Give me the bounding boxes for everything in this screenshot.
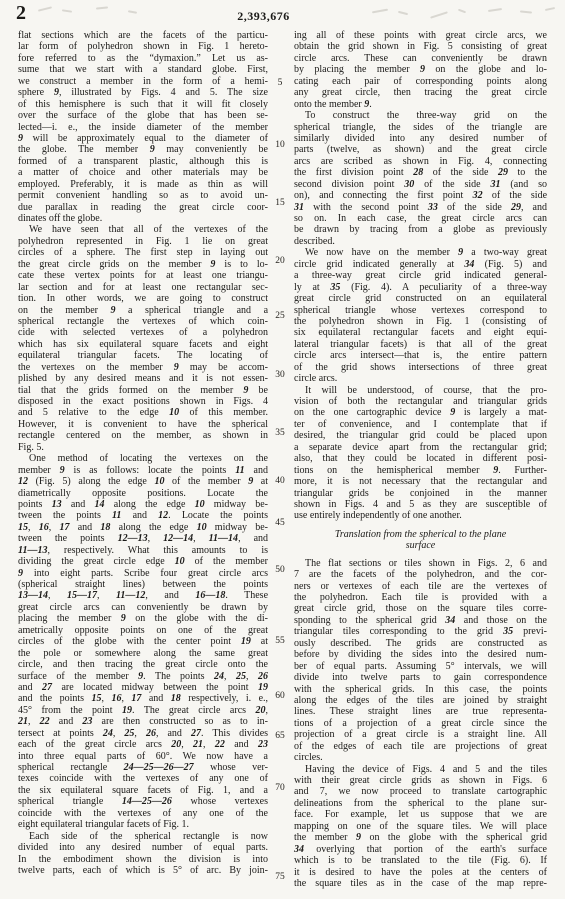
- text-line: permit convenient handling so as to avoi…: [18, 190, 268, 201]
- text-line: tions on the hemispherical member 9. Fur…: [294, 465, 547, 476]
- text-line: (spherical straight lines) between the p…: [18, 579, 268, 590]
- text-line: employed. Preferably, it is made as thin…: [18, 179, 268, 190]
- text-line: a matter of choice and other materials m…: [18, 167, 268, 178]
- text-line: 7 are the facets of the polyhedron, and …: [294, 569, 547, 580]
- line-number: 60: [266, 691, 294, 702]
- text-line: great circle arcs can conveniently be dr…: [18, 602, 268, 613]
- text-line: on the one cartographic device 9 is larg…: [294, 407, 547, 418]
- text-line: projection of a great circle is a straig…: [294, 729, 547, 740]
- text-line: face. For example, let us suppose that w…: [294, 809, 547, 820]
- text-line: 31 with the second point 33 of the side …: [294, 202, 547, 213]
- text-line: the vertexes on the member 9 may be acco…: [18, 362, 268, 373]
- text-line: tween the points 11 and 12. Locate the p…: [18, 510, 268, 521]
- line-number: 35: [266, 428, 294, 439]
- pencil-mark: [545, 7, 555, 11]
- text-line: lines. These straight lines are true rep…: [294, 706, 547, 717]
- text-line: the pole or somewhere along the same gre…: [18, 648, 268, 659]
- text-line: polyhedron represented in Fig. 1 lie on …: [18, 236, 268, 247]
- text-line: also, that they could be located in diff…: [294, 453, 547, 464]
- text-line: cating each pair of corresponding points…: [294, 76, 547, 87]
- text-line: great circle grid constructed on an equi…: [294, 293, 547, 304]
- pencil-mark: [96, 6, 108, 9]
- text-line: over the surface of the globe that has b…: [18, 110, 268, 121]
- text-line: with their great circle grids as shown i…: [294, 775, 547, 786]
- text-line: ners or vertexes of each tile are the ve…: [294, 581, 547, 592]
- line-number: 55: [266, 636, 294, 647]
- text-line: cate these vertex points for at least on…: [18, 270, 268, 281]
- text-line: shown in Figs. 4 and 5 as they are susce…: [294, 499, 547, 510]
- text-line: which has six equilateral square facets …: [18, 339, 268, 350]
- text-line: lateral triangular facets) is that all o…: [294, 339, 547, 350]
- text-line: so on. In each case, the great circle ar…: [294, 213, 547, 224]
- text-line: circles of a sphere. The first step in l…: [18, 247, 268, 258]
- text-line: mapping on one of the square tiles. We w…: [294, 821, 547, 832]
- text-line: use entirely independently of one anothe…: [294, 510, 547, 521]
- pencil-mark: [520, 10, 532, 13]
- text-line: circle arcs intersect—that is, the entir…: [294, 350, 547, 361]
- text-line: lar form of polyhedron shown in Fig. 1 h…: [18, 41, 268, 52]
- text-line: onto the member 9.: [294, 99, 547, 110]
- line-number: 10: [266, 140, 294, 151]
- text-line: spherical rectangle the vertexes of whic…: [18, 316, 268, 327]
- text-line: spherical triangle 14—25—26 whose vertex…: [18, 796, 268, 807]
- left-column: flat sections which are the facets of th…: [18, 30, 268, 876]
- text-line: we construct a member in the form of a h…: [18, 76, 268, 87]
- text-line: circles.: [294, 752, 547, 763]
- text-line: However, it is convenient to have the sp…: [18, 419, 268, 430]
- text-line: texes coincide with the vertexes of any …: [18, 773, 268, 784]
- text-line: lar section and for at least one rectang…: [18, 282, 268, 293]
- text-line: sphere 9, illustrated by Figs. 4 and 5. …: [18, 87, 268, 98]
- text-line: parts (twelve, as shown) and the great c…: [294, 144, 547, 155]
- text-line: dinates off the globe.: [18, 213, 268, 224]
- text-line: 12 (Fig. 5) along the edge 10 of the mem…: [18, 476, 268, 487]
- line-number: 70: [266, 783, 294, 794]
- pencil-mark: [430, 11, 448, 18]
- text-line: and 7, we now proceed to translate carto…: [294, 786, 547, 797]
- text-line: and 5 relative to the edge 10 of this me…: [18, 407, 268, 418]
- pencil-mark: [458, 9, 466, 14]
- text-line: the polyhedron. Each tile is provided wi…: [294, 592, 547, 603]
- text-line: To construct the three-way grid on the: [294, 110, 547, 121]
- text-line: tween the points 12—13, 12—14, 11—14, an…: [18, 533, 268, 544]
- text-line: placing the member 9 on the globe with t…: [18, 613, 268, 624]
- text-line: of this hemisphere is such that it will …: [18, 99, 268, 110]
- text-line: triangular grids be conjoined in the man…: [294, 488, 547, 499]
- text-line: 45° from the point 19. The great circle …: [18, 705, 268, 716]
- text-line: 34 overlying that portion of the earth's…: [294, 844, 547, 855]
- line-number: 40: [266, 476, 294, 487]
- text-line: great circle grid, those on the square t…: [294, 603, 547, 614]
- text-line: rectangle centered on the member, as sho…: [18, 430, 268, 441]
- text-line: a separate device apart from the rectang…: [294, 442, 547, 453]
- pencil-mark: [62, 9, 72, 12]
- line-number: 30: [266, 370, 294, 381]
- patent-page: 2 2,393,676 flat sections which are the …: [0, 0, 565, 899]
- section-heading: Translation from the spherical to the pl…: [294, 529, 547, 552]
- line-number: 75: [266, 872, 294, 883]
- text-line: In the embodiment shown the division is …: [18, 854, 268, 865]
- text-line: arcs are scribed as shown in Fig. 4, con…: [294, 156, 547, 167]
- text-line: the six equilateral square facets of Fig…: [18, 785, 268, 796]
- page-number: 2: [16, 2, 26, 25]
- text-line: obtain the grid shown in Fig. 5 consisti…: [294, 41, 547, 52]
- line-number: 50: [266, 565, 294, 576]
- text-line: cide with selected vertexes of a polyhed…: [18, 327, 268, 338]
- text-line: member 9 is as follows: locate the point…: [18, 465, 268, 476]
- text-line: and 27 are located midway between the po…: [18, 682, 268, 693]
- text-line: desired, the triangular grid could be pl…: [294, 430, 547, 441]
- line-number: 45: [266, 518, 294, 529]
- text-line: and the points 15, 16, 17 and 18 respect…: [18, 693, 268, 704]
- text-line: spherical triangle whose vertexes corres…: [294, 305, 547, 316]
- right-column: ing all of these points with great circl…: [294, 30, 547, 889]
- text-line: surface of the member 9. The points 24, …: [18, 671, 268, 682]
- text-line: We have seen that all of the vertexes of…: [18, 224, 268, 235]
- text-line: the polyhedron shown in Fig. 1 (consisti…: [294, 316, 547, 327]
- line-number: 65: [266, 731, 294, 742]
- line-number: 5: [266, 78, 294, 89]
- text-line: Each side of the spherical rectangle is …: [18, 831, 268, 842]
- text-line: tial that the grids formed on the member…: [18, 385, 268, 396]
- text-line: of the grid shows intersections of three…: [294, 362, 547, 373]
- text-line: a three-way great circle grid indicated …: [294, 270, 547, 281]
- text-line: twelve parts, each of which is 5° of arc…: [18, 865, 268, 876]
- text-line: due parallax in reading the great circle…: [18, 202, 268, 213]
- text-line: circle arcs. These can conveniently be d…: [294, 53, 547, 64]
- text-line: ly at 35 (Fig. 4). A peculiarity of a th…: [294, 282, 547, 293]
- text-line: vision of both the rectangular and trian…: [294, 396, 547, 407]
- text-line: each of the great circle arcs 20, 21, 22…: [18, 739, 268, 750]
- text-line: similarly divided into any desired numbe…: [294, 133, 547, 144]
- text-line: it is desired to have the poles at the c…: [294, 867, 547, 878]
- text-line: fore referred to as the “dymaxion.” Let …: [18, 53, 268, 64]
- text-line: spherical triangle, the sides of the tri…: [294, 122, 547, 133]
- text-line: tion. In other words, we are going to co…: [18, 293, 268, 304]
- text-line: along the edges of the tiles are joined …: [294, 695, 547, 706]
- text-line: triangular tiles corresponding to the gr…: [294, 626, 547, 637]
- section-heading-line: Translation from the spherical to the pl…: [294, 529, 547, 540]
- text-line: divide into twelve parts to gain corresp…: [294, 672, 547, 683]
- text-line: 9 into eight parts. Scribe four great ci…: [18, 568, 268, 579]
- text-line: divided into any desired number of equal…: [18, 842, 268, 853]
- text-line: 13—14, 15—17, 11—12, and 16—18. These: [18, 590, 268, 601]
- text-line: ously described. The grids are construct…: [294, 638, 547, 649]
- text-line: more, it is not necessary that the recta…: [294, 476, 547, 487]
- text-line: diametrically opposite positions. Locate…: [18, 488, 268, 499]
- text-line: Having the device of Figs. 4 and 5 and t…: [294, 764, 547, 775]
- text-line: plished by any desired means and it is n…: [18, 373, 268, 384]
- line-numbers-gutter: 51015202530354045505560657075: [266, 0, 294, 899]
- text-line: ametrically opposite points on one of th…: [18, 625, 268, 636]
- text-line: of the edges of each tile are projection…: [294, 741, 547, 752]
- text-line: It will be understood, of course, that t…: [294, 385, 547, 396]
- text-line: the globe. The member 9 may conveniently…: [18, 144, 268, 155]
- text-line: 9 will be approximately equal to the dia…: [18, 133, 268, 144]
- text-line: the square tiles as in the case of the m…: [294, 878, 547, 889]
- line-number: 15: [266, 198, 294, 209]
- text-line: equilateral triangular facets. The locat…: [18, 350, 268, 361]
- text-line: circle grid indicated generally at 34 (F…: [294, 259, 547, 270]
- text-line: on the member 9 a spherical triangle and…: [18, 305, 268, 316]
- text-line: dividing the great circle edge 10 of the…: [18, 556, 268, 567]
- text-line: Fig. 5.: [18, 442, 268, 453]
- text-line: sponding to the spherical grid 34 and th…: [294, 615, 547, 626]
- patent-number: 2,393,676: [122, 9, 405, 24]
- pencil-mark: [488, 8, 502, 12]
- text-line: the member 9 on the globe with the spher…: [294, 832, 547, 843]
- text-line: ing all of these points with great circl…: [294, 30, 547, 41]
- text-line: tersect at points 24, 25, 26, and 27. Th…: [18, 728, 268, 739]
- line-number: 25: [266, 311, 294, 322]
- text-line: ter of convenience, and I contemplate th…: [294, 419, 547, 430]
- pencil-mark: [38, 6, 52, 11]
- text-line: One method of locating the vertexes on t…: [18, 453, 268, 464]
- text-line: points 13 and 14 along the edge 10 midwa…: [18, 499, 268, 510]
- text-line: 21, 22 and 23 are then constructed so as…: [18, 716, 268, 727]
- text-line: 11—13, respectively. What this amounts t…: [18, 545, 268, 556]
- text-line: lected—i. e., the inside diameter of the…: [18, 122, 268, 133]
- text-line: sume that we start with a standard globe…: [18, 64, 268, 75]
- text-line: be drawn by tracing from a globe as prev…: [294, 224, 547, 235]
- text-line: delineations from the spherical to the p…: [294, 798, 547, 809]
- text-line: which is to be translated to the tile (F…: [294, 855, 547, 866]
- text-line: the great circle grids on the member 9 i…: [18, 259, 268, 270]
- text-line: formed of a transparent plastic, althoug…: [18, 156, 268, 167]
- text-line: 15, 16, 17 and 18 along the edge 10 midw…: [18, 522, 268, 533]
- text-line: We now have on the member 9 a two-way gr…: [294, 247, 547, 258]
- text-line: disposed in the exact positions shown in…: [18, 396, 268, 407]
- text-line: with the spherical grids. In this case, …: [294, 684, 547, 695]
- text-line: coincide with the vertexes of any one of…: [18, 808, 268, 819]
- text-line: by placing the member 9 on the globe and…: [294, 64, 547, 75]
- section-heading-line: surface: [294, 540, 547, 551]
- text-line: on), and connecting the first point 32 o…: [294, 190, 547, 201]
- text-line: the first division point 28 of the side …: [294, 167, 547, 178]
- text-line: spherical rectangle 24—25—26—27 whose ve…: [18, 762, 268, 773]
- text-line: eight equilateral triangular facets of F…: [18, 819, 268, 830]
- text-line: flat sections which are the facets of th…: [18, 30, 268, 41]
- text-line: circle, and then tracing the great circl…: [18, 659, 268, 670]
- text-line: The flat sections or tiles shown in Figs…: [294, 558, 547, 569]
- text-line: into three equal parts of 60°. We now ha…: [18, 751, 268, 762]
- text-line: before by dividing the sides into the de…: [294, 649, 547, 660]
- text-line: circles of the globe with the center poi…: [18, 636, 268, 647]
- line-number: 20: [266, 256, 294, 267]
- text-line: any great circle, then tracing the great…: [294, 87, 547, 98]
- text-line: six equilateral rectangular facets and e…: [294, 327, 547, 338]
- text-line: ber of equal parts. Assuming 5° interval…: [294, 661, 547, 672]
- text-line: second division point 30 of the side 31 …: [294, 179, 547, 190]
- text-line: tions of a projection of a great circle …: [294, 718, 547, 729]
- text-line: circle arcs.: [294, 373, 547, 384]
- text-line: described.: [294, 236, 547, 247]
